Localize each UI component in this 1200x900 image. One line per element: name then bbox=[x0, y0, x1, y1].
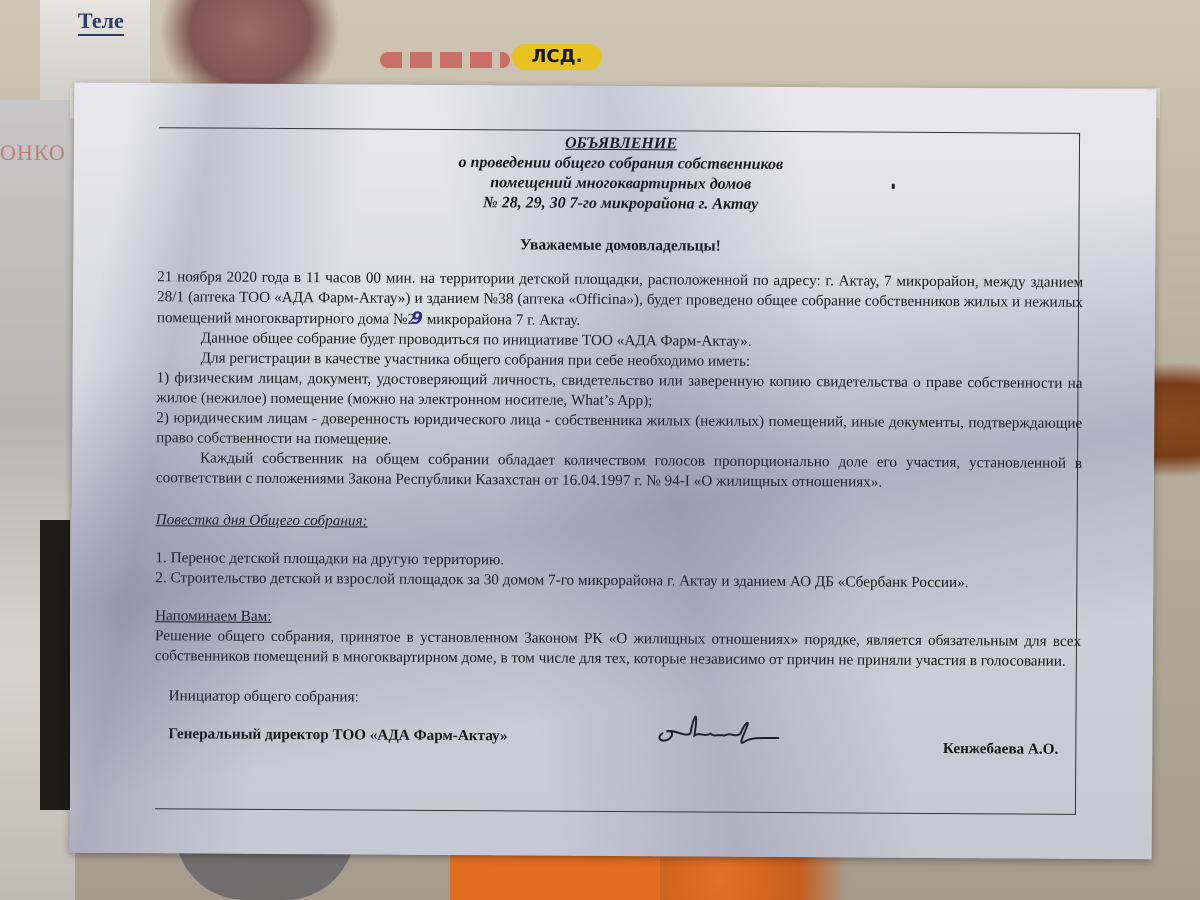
intro-text-end: микрорайона 7 г. Актау. bbox=[423, 311, 580, 329]
reminder-text: Решение общего собрания, принятое в уста… bbox=[155, 626, 1081, 672]
notice-sheet: ОБЪЯВЛЕНИЕ о проведении общего собрания … bbox=[70, 83, 1157, 860]
notice-subtitle-line: № 28, 29, 30 7-го микрорайона г. Актау bbox=[158, 191, 1084, 217]
dark-poster-scrap bbox=[40, 520, 70, 810]
yellow-sticker: ЛСД. bbox=[512, 44, 602, 70]
notice-document: ОБЪЯВЛЕНИЕ о проведении общего собрания … bbox=[154, 131, 1084, 764]
faded-poster-text: ОНКО bbox=[0, 140, 70, 166]
signatory-name: Кенжебаева А.О. bbox=[943, 739, 1058, 760]
signatory-role: Генеральный директор ТОО «АДА Фарм-Актау… bbox=[168, 724, 507, 746]
greeting: Уважаемые домовладельцы! bbox=[157, 233, 1083, 259]
agenda-item: 2. Строительство детской и взрослой площ… bbox=[155, 568, 1081, 594]
agenda-title: Повестка дня Общего собрания: bbox=[156, 510, 1082, 536]
registration-item: 2) юридическим лицам - доверенность юрид… bbox=[156, 408, 1082, 454]
intro-text: 21 ноября 2020 года в 11 часов 00 мин. н… bbox=[157, 268, 1083, 328]
notice-header: ОБЪЯВЛЕНИЕ о проведении общего собрания … bbox=[158, 131, 1084, 217]
handwritten-signature-icon bbox=[654, 707, 784, 748]
red-dots-decoration bbox=[380, 52, 510, 68]
handwritten-correction: 9 bbox=[411, 309, 423, 329]
intro-paragraph: 21 ноября 2020 года в 11 часов 00 мин. н… bbox=[157, 267, 1083, 334]
registration-item: 1) физическим лицам, документ, удостовер… bbox=[156, 368, 1082, 414]
initiator-label: Инициатор общего собрания: bbox=[155, 686, 1081, 712]
signature-row: Генеральный директор ТОО «АДА Фарм-Актау… bbox=[154, 718, 1080, 764]
old-poster-text: Теле bbox=[78, 8, 124, 36]
votes-paragraph: Каждый собственник на общем собрании обл… bbox=[156, 448, 1082, 494]
